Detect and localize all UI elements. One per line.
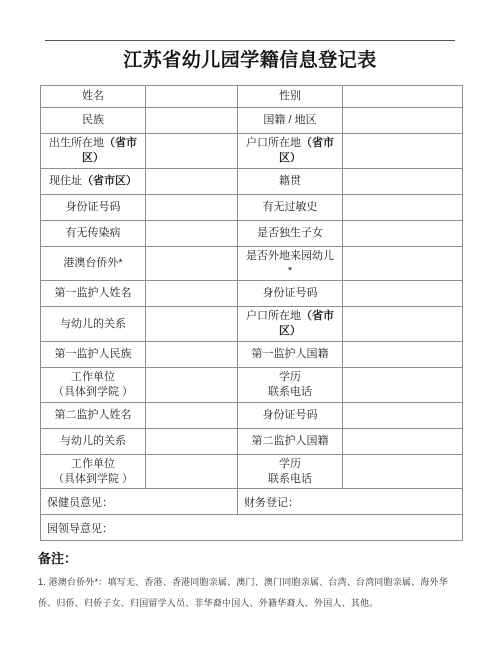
field-label: 有无过敏史 xyxy=(263,201,318,213)
field-value-cell xyxy=(343,194,463,220)
field-label: 户口所在地 xyxy=(246,310,301,322)
director-opinion-label: 园领导意见： xyxy=(47,523,113,535)
field-label-cell: 有无传染病 xyxy=(41,220,146,246)
field-label-bold: （省市区） xyxy=(82,175,137,187)
registration-form-table: 姓名 性别 民族 国籍 / 地区 出生所在地（省市区） 户口所在地（省市区） 现… xyxy=(40,85,463,541)
field-value-cell xyxy=(146,368,238,403)
form-row: 第二监护人姓名 身份证号码 xyxy=(41,402,463,428)
field-label: 第二监护人姓名 xyxy=(55,409,132,421)
field-value-cell xyxy=(146,134,238,169)
field-label-line2: （具体到学院 ） xyxy=(48,385,138,400)
form-row: 与幼儿的关系 第二监护人国籍 xyxy=(41,428,463,454)
field-label: 出生所在地 xyxy=(49,137,104,149)
form-row-director: 园领导意见： xyxy=(41,515,463,541)
form-row: 与幼儿的关系 户口所在地（省市区） xyxy=(41,307,463,342)
field-value-cell xyxy=(146,428,238,454)
field-label-cell: 民族 xyxy=(41,108,146,134)
health-worker-opinion-label: 保健员意见： xyxy=(47,497,113,509)
form-row: 民族 国籍 / 地区 xyxy=(41,108,463,134)
form-title: 江苏省幼儿园学籍信息登记表 xyxy=(0,45,500,72)
field-value-cell xyxy=(343,342,463,368)
field-label-cell: 身份证号码 xyxy=(238,402,343,428)
field-value-cell xyxy=(146,454,238,489)
health-worker-opinion-cell: 保健员意见： xyxy=(41,489,238,515)
field-label: 是否独生子女 xyxy=(257,227,323,239)
field-label-cell: 身份证号码 xyxy=(41,194,146,220)
field-label: 工作单位 xyxy=(71,458,115,470)
field-label: 是否外地来园幼儿* xyxy=(246,250,334,277)
field-label: 与幼儿的关系 xyxy=(60,435,126,447)
field-value-cell xyxy=(146,168,238,194)
finance-registration-cell: 财务登记： xyxy=(238,489,463,515)
field-label-cell: 性别 xyxy=(238,86,343,108)
field-value-cell xyxy=(343,86,463,108)
field-label-cell: 户口所在地（省市区） xyxy=(238,307,343,342)
remarks-heading: 备注： xyxy=(38,548,456,567)
field-label-cell: 是否独生子女 xyxy=(238,220,343,246)
field-label: 港澳台侨外* xyxy=(63,257,122,269)
field-label: 第一监护人姓名 xyxy=(55,287,132,299)
field-value-cell xyxy=(343,108,463,134)
field-label: 姓名 xyxy=(82,90,104,102)
field-label: 性别 xyxy=(279,90,301,102)
field-label-cell: 工作单位（具体到学院 ） xyxy=(41,454,146,489)
remarks-note-1: 1. 港澳台侨外*：填写无、香港、香港同胞亲属、澳门、澳门同胞亲属、台湾、台湾同… xyxy=(38,572,456,614)
field-value-cell xyxy=(343,307,463,342)
form-row: 第一监护人民族 第一监护人国籍 xyxy=(41,342,463,368)
document-page: 江苏省幼儿园学籍信息登记表 姓名 性别 民族 国籍 / 地区 出生所在地（省市区… xyxy=(0,40,500,614)
form-row: 姓名 性别 xyxy=(41,86,463,108)
field-value-cell xyxy=(146,307,238,342)
field-label-cell: 有无过敏史 xyxy=(238,194,343,220)
field-value-cell xyxy=(343,134,463,169)
field-label-cell: 身份证号码 xyxy=(238,281,343,307)
field-value-cell xyxy=(343,246,463,281)
field-label: 身份证号码 xyxy=(66,201,121,213)
field-label-cell: 现住址（省市区） xyxy=(41,168,146,194)
field-value-cell xyxy=(343,368,463,403)
field-label-line2: 联系电话 xyxy=(245,385,335,400)
field-value-cell xyxy=(146,342,238,368)
field-label-cell: 第一监护人民族 xyxy=(41,342,146,368)
field-value-cell xyxy=(146,86,238,108)
field-value-cell xyxy=(146,220,238,246)
field-label-cell: 姓名 xyxy=(41,86,146,108)
field-label-cell: 学历联系电话 xyxy=(238,454,343,489)
field-value-cell xyxy=(146,402,238,428)
field-label-cell: 第一监护人姓名 xyxy=(41,281,146,307)
field-label: 民族 xyxy=(82,114,104,126)
field-label-cell: 与幼儿的关系 xyxy=(41,307,146,342)
field-label: 第二监护人国籍 xyxy=(252,435,329,447)
field-value-cell xyxy=(146,108,238,134)
field-label: 工作单位 xyxy=(71,371,115,383)
form-row: 第一监护人姓名 身份证号码 xyxy=(41,281,463,307)
form-row: 港澳台侨外* 是否外地来园幼儿* xyxy=(41,246,463,281)
field-label: 第一监护人民族 xyxy=(55,348,132,360)
field-label: 有无传染病 xyxy=(66,227,121,239)
field-value-cell xyxy=(146,194,238,220)
field-label-cell: 第二监护人姓名 xyxy=(41,402,146,428)
field-value-cell xyxy=(343,454,463,489)
form-row: 工作单位（具体到学院 ） 学历联系电话 xyxy=(41,368,463,403)
field-label-cell: 学历联系电话 xyxy=(238,368,343,403)
field-value-cell xyxy=(343,402,463,428)
field-value-cell xyxy=(343,168,463,194)
field-label-cell: 籍贯 xyxy=(238,168,343,194)
field-label: 与幼儿的关系 xyxy=(60,318,126,330)
field-label: 现住址 xyxy=(49,175,82,187)
field-label-cell: 是否外地来园幼儿* xyxy=(238,246,343,281)
field-label: 身份证号码 xyxy=(263,287,318,299)
field-label: 国籍 / 地区 xyxy=(263,114,316,126)
field-value-cell xyxy=(146,281,238,307)
field-label-cell: 第二监护人国籍 xyxy=(238,428,343,454)
field-label-cell: 与幼儿的关系 xyxy=(41,428,146,454)
field-label-cell: 出生所在地（省市区） xyxy=(41,134,146,169)
header-rule xyxy=(45,40,455,41)
director-opinion-cell: 园领导意见： xyxy=(41,515,463,541)
remarks-section: 备注： 1. 港澳台侨外*：填写无、香港、香港同胞亲属、澳门、澳门同胞亲属、台湾… xyxy=(38,548,456,614)
field-label-line2: （具体到学院 ） xyxy=(48,472,138,487)
field-label: 户口所在地 xyxy=(246,137,301,149)
field-value-cell xyxy=(343,428,463,454)
finance-registration-label: 财务登记： xyxy=(244,497,299,509)
field-label-cell: 户口所在地（省市区） xyxy=(238,134,343,169)
field-label-cell: 工作单位（具体到学院 ） xyxy=(41,368,146,403)
field-value-cell xyxy=(146,246,238,281)
field-label: 学历 xyxy=(279,371,301,383)
form-row-opinions: 保健员意见： 财务登记： xyxy=(41,489,463,515)
field-label: 学历 xyxy=(279,458,301,470)
form-row: 工作单位（具体到学院 ） 学历联系电话 xyxy=(41,454,463,489)
field-value-cell xyxy=(343,281,463,307)
field-label-line2: 联系电话 xyxy=(245,472,335,487)
field-label-cell: 港澳台侨外* xyxy=(41,246,146,281)
form-row: 身份证号码 有无过敏史 xyxy=(41,194,463,220)
field-value-cell xyxy=(343,220,463,246)
form-row: 出生所在地（省市区） 户口所在地（省市区） xyxy=(41,134,463,169)
field-label: 第一监护人国籍 xyxy=(252,348,329,360)
field-label: 身份证号码 xyxy=(263,409,318,421)
field-label: 籍贯 xyxy=(279,175,301,187)
form-row: 有无传染病 是否独生子女 xyxy=(41,220,463,246)
field-label-cell: 国籍 / 地区 xyxy=(238,108,343,134)
form-row: 现住址（省市区） 籍贯 xyxy=(41,168,463,194)
field-label-cell: 第一监护人国籍 xyxy=(238,342,343,368)
